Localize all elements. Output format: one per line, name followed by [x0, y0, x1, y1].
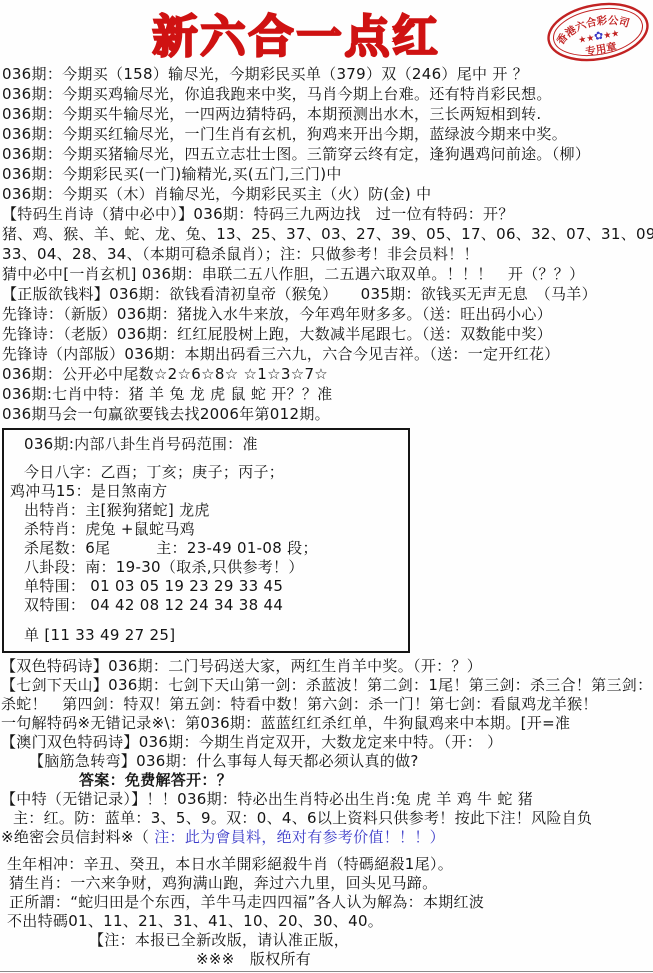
prediction-line: 先锋诗（内部版）036期：本期出码看三六九，六合今见吉祥。（送：一定开红花）	[2, 344, 653, 364]
company-stamp: 香港六合彩公司 ★★✿★★ 专用章	[544, 1, 652, 63]
stamp-stars-left: ★★	[578, 33, 596, 46]
bagua-box-line: 单 [11 33 49 27 25]	[24, 626, 408, 645]
prediction-line: 【双色特码诗】036期：二门号码送大家，两红生肖羊中奖。（开：？）	[1, 657, 653, 676]
prediction-line: 【脑筋急转弯】036期：什么事每人每天都必须认真的做?	[1, 752, 653, 771]
prediction-line: 答案：免费解答开：？	[1, 771, 653, 790]
prediction-line: 036期：今期买鸡输尽光，你追我跑来中奖，马肖今期上台难。还有特肖彩民想。	[2, 84, 653, 104]
member-note-text: 注：此为會員料，绝对有参考价值！！！）	[154, 828, 445, 846]
bagua-box-line: 八卦段：南：19-30（取杀,只供参考！）	[24, 558, 408, 577]
bagua-box-line: 出特肖：主[猴狗猪蛇] 龙虎	[24, 501, 408, 520]
bagua-box-line: 单特围： 01 03 05 19 23 29 33 45	[24, 577, 408, 596]
bottom-divider	[0, 971, 653, 972]
prediction-line: 036期：今期买（158）输尽光，今期彩民买单（379）双（246）尾中 开 ？	[2, 64, 653, 84]
prediction-line: 猜中必中[一肖玄机] 036期：串联二五八作胆，二五遇六取双单。！！！ 开（？？…	[2, 264, 653, 284]
prediction-line: 【特码生肖诗（猜中必中）】036期：特码三九两边找 过一位有特码：开？	[2, 204, 653, 224]
lottery-sheet: { "colors": {"title_red": "#cf1212", "st…	[0, 0, 653, 973]
member-note-prefix: ※绝密会员信封料※（	[1, 828, 154, 846]
prediction-line: 不出特碼01、11、21、31、41、10、20、30、40。	[1, 912, 653, 931]
bagua-box-line: 双特围： 04 42 08 12 24 34 38 44	[24, 596, 408, 615]
page-title: 新六合一点红	[0, 0, 593, 65]
prediction-line: 【七剑下天山】036期：七剑下天山第一剑：杀蓝波！第二剑：1尾！第三剑：杀三合！…	[1, 676, 653, 695]
prediction-line: 036期：今期彩民买(一门)输精光,买(五门,三门)中	[2, 164, 653, 184]
member-note-line: ※绝密会员信封料※（ 注：此为會員料，绝对有参考价值！！！）	[1, 828, 653, 847]
section-gap	[1, 847, 653, 855]
prediction-line: 【中特（无错记录）】！！036期：特必出生肖特必出生肖:兔 虎 羊 鸡 牛 蛇 …	[1, 790, 653, 809]
prediction-line: 【澳门双色特码诗】036期：今期生肖定双开，大数龙定来中特。（开： ）	[1, 733, 653, 752]
prediction-line: 33、04、28、34、（本期可稳杀鼠肖）；注：只做参考！非会员料！！	[2, 244, 653, 264]
bagua-box-line	[24, 615, 408, 626]
bagua-box-line: 今日八字：乙酉；丁亥；庚子；丙子；	[24, 463, 408, 482]
prediction-line: 主：红。防：蓝单：3、5、9。双：0、4、6以上资料只供参考！按此下注！风险自负	[1, 809, 653, 828]
prediction-line: ※※※ 版权所有	[1, 950, 653, 969]
prediction-line: 036期：今期买猪输尽光，四五立志壮士图。三箭穿云终有定，逢狗遇鸡问前途。（柳）	[2, 144, 653, 164]
bagua-box-line: 杀特肖：虎兔 +鼠蛇马鸡	[24, 520, 408, 539]
bagua-box: 036期:内部八卦生肖号码范围：准今日八字：乙酉；丁亥；庚子；丙子；鸡冲马15：…	[2, 428, 410, 653]
prediction-line: 036期:七肖中特：猪 羊 兔 龙 虎 鼠 蛇 开？？准	[2, 384, 653, 404]
prediction-line: 生年相冲：辛丑、癸丑，本日水羊開彩絕殺牛肖（特碼絕殺1尾）。	[1, 855, 653, 874]
prediction-line: 先锋诗：（老版）036期：红红屁股树上跑，大数减半尾跟七。（送：双数能中奖）	[2, 324, 653, 344]
prediction-line: 036期：今期买牛输尽光，一四两边猜特码，本期预测出水木，三长两短相到转.	[2, 104, 653, 124]
prediction-line: 一句解特码※无错记录※\：第036期：蓝蓝红红杀红单，牛狗鼠鸡来中本期。[开=准	[1, 714, 653, 733]
prediction-line: 【注：本报已全新改版，请认准正版，	[1, 931, 653, 950]
bottom-predictions: 【双色特码诗】036期：二门号码送大家，两红生肖羊中奖。（开：？）【七剑下天山】…	[1, 657, 653, 969]
prediction-line: 猪、鸡、猴、羊、蛇、龙、兔、13、25、37、03、27、39、05、17、06…	[2, 224, 653, 244]
stamp-stars-right: ★★	[603, 29, 621, 42]
prediction-line: 036期：今期买（木）肖输尽光，今期彩民买主（火）防(金) 中	[2, 184, 653, 204]
bagua-box-line	[24, 454, 408, 463]
prediction-line: 036期马会一句赢欲要钱去找2006年第012期。	[2, 404, 653, 424]
prediction-line: 【正版欲钱料】036期：欲钱看清初皇帝（猴兔） 035期：欲钱买无声无息 （马羊…	[2, 284, 653, 304]
prediction-line: 036期：公开必中尾数☆2☆6☆8☆ ☆1☆3☆7☆	[2, 364, 653, 384]
bagua-box-line: 鸡冲马15：是日煞南方	[10, 482, 408, 501]
bagua-box-line: 杀尾数：6尾 主：23-49 01-08 段；	[24, 539, 408, 558]
prediction-line: 猜生肖：一六来争财，鸡狗满山跑，奔过六九里，回头见马蹄。	[1, 874, 653, 893]
bagua-box-line: 036期:内部八卦生肖号码范围：准	[24, 435, 408, 454]
sheet-header: 新六合一点红 香港六合彩公司 ★★✿★★ 专用章	[0, 0, 653, 64]
prediction-line: 杀蛇！ 第四剑：特双！第五剑：特看中数！第六剑：杀一门！第七剑：看鼠鸡龙羊猴！	[1, 695, 653, 714]
prediction-line: 036期：今期买红输尽光，一门生肖有玄机，狗鸡来开出今期，蓝绿波今期来中奖。	[2, 124, 653, 144]
prediction-line: 正所謂：“蛇归田是个东西，羊牛马走四四福”各人认为解為：本期红波	[1, 893, 653, 912]
top-predictions: 036期：今期买（158）输尽光，今期彩民买单（379）双（246）尾中 开 ？…	[2, 64, 653, 424]
prediction-line: 先锋诗：（新版）036期：猪拢入水牛来放，今年鸡年财多多。（送：旺出码小心）	[2, 304, 653, 324]
